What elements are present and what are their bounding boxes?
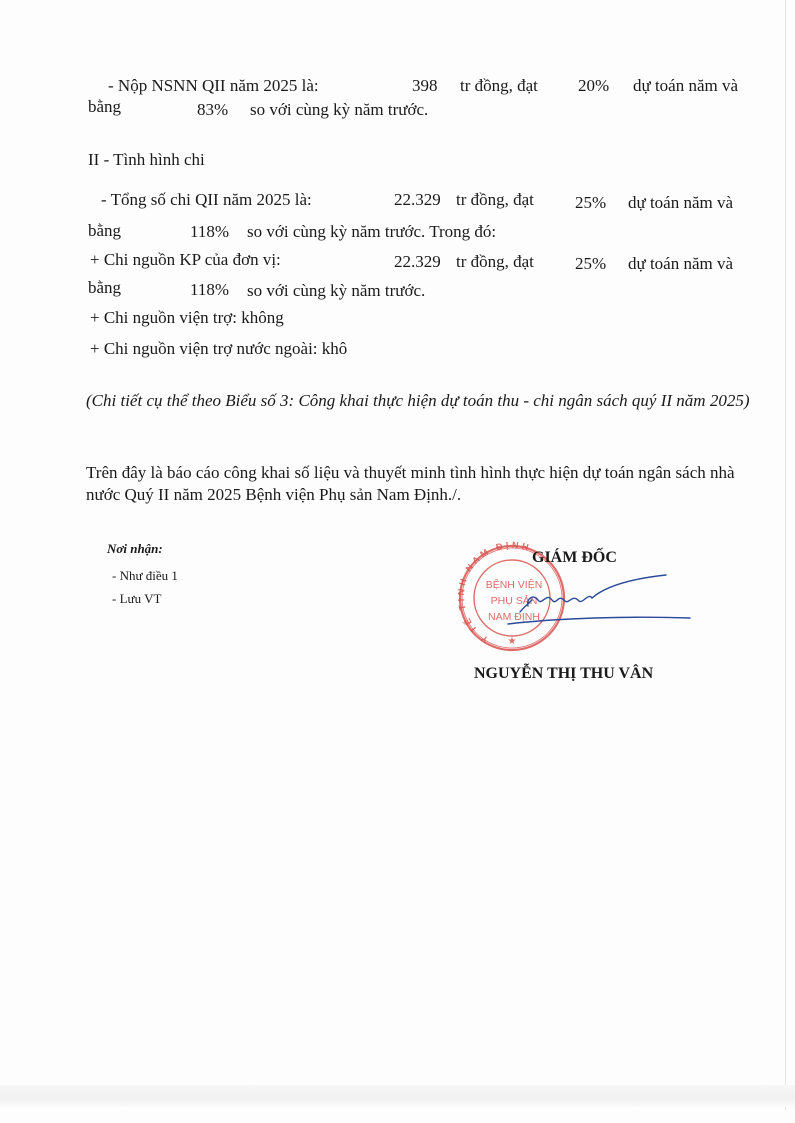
revenue-estimate-text: dự toán năm và xyxy=(633,76,738,96)
unit-funds-unit: tr đồng, đạt xyxy=(456,252,534,272)
total-yoy-text: so với cùng kỳ năm trước. Trong đó: xyxy=(247,222,496,242)
total-amount: 22.329 xyxy=(394,190,441,210)
document-page: - Nộp NSNN QII năm 2025 là: 398 tr đồng,… xyxy=(0,0,795,1123)
total-prefix: bằng xyxy=(88,221,121,241)
unit-funds-label: + Chi nguồn KP của đơn vị: xyxy=(90,250,281,270)
revenue-amount: 398 xyxy=(412,76,438,96)
total-percent-estimate: 25% xyxy=(575,193,606,213)
unit-funds-amount: 22.329 xyxy=(394,252,441,272)
revenue-percent-estimate: 20% xyxy=(578,76,609,96)
star-icon: ★ xyxy=(508,636,517,647)
revenue-yoy-text: so với cùng kỳ năm trước. xyxy=(250,100,428,120)
signer-title: GIÁM ĐỐC xyxy=(532,548,617,568)
unit-funds-percent-yoy: 118% xyxy=(190,280,229,300)
revenue-label: - Nộp NSNN QII năm 2025 là: xyxy=(108,76,319,96)
aid-line: + Chi nguồn viện trợ: không xyxy=(90,308,284,328)
recipients-title: Nơi nhận: xyxy=(107,541,163,557)
unit-funds-percent-estimate: 25% xyxy=(575,254,606,274)
revenue-percent-yoy: 83% xyxy=(197,100,228,120)
expenditure-heading: II - Tình hình chi xyxy=(88,150,205,170)
foreign-aid-line: + Chi nguồn viện trợ nước ngoài: khô xyxy=(90,339,347,359)
unit-funds-yoy-text: so với cùng kỳ năm trước. xyxy=(247,281,425,301)
scan-artifact xyxy=(0,1085,795,1107)
total-estimate-text: dự toán năm và xyxy=(628,193,733,213)
scan-edge-line xyxy=(785,0,786,1110)
total-label: - Tổng số chi QII năm 2025 là: xyxy=(101,190,312,210)
revenue-unit: tr đồng, đạt xyxy=(460,76,538,96)
recipient-item: - Như điều 1 xyxy=(112,568,178,584)
recipient-item: - Lưu VT xyxy=(112,591,161,607)
unit-funds-estimate-text: dự toán năm và xyxy=(628,254,733,274)
revenue-prefix: bằng xyxy=(88,97,121,117)
detail-note: (Chi tiết cụ thể theo Biểu số 3: Công kh… xyxy=(86,390,766,412)
total-percent-yoy: 118% xyxy=(190,222,229,242)
total-unit: tr đồng, đạt xyxy=(456,190,534,210)
conclusion-paragraph: Trên đây là báo cáo công khai số liệu và… xyxy=(86,462,766,506)
handwritten-signature xyxy=(498,570,698,630)
signer-name: NGUYỄN THỊ THU VÂN xyxy=(474,664,653,684)
unit-funds-prefix: bằng xyxy=(88,278,121,298)
